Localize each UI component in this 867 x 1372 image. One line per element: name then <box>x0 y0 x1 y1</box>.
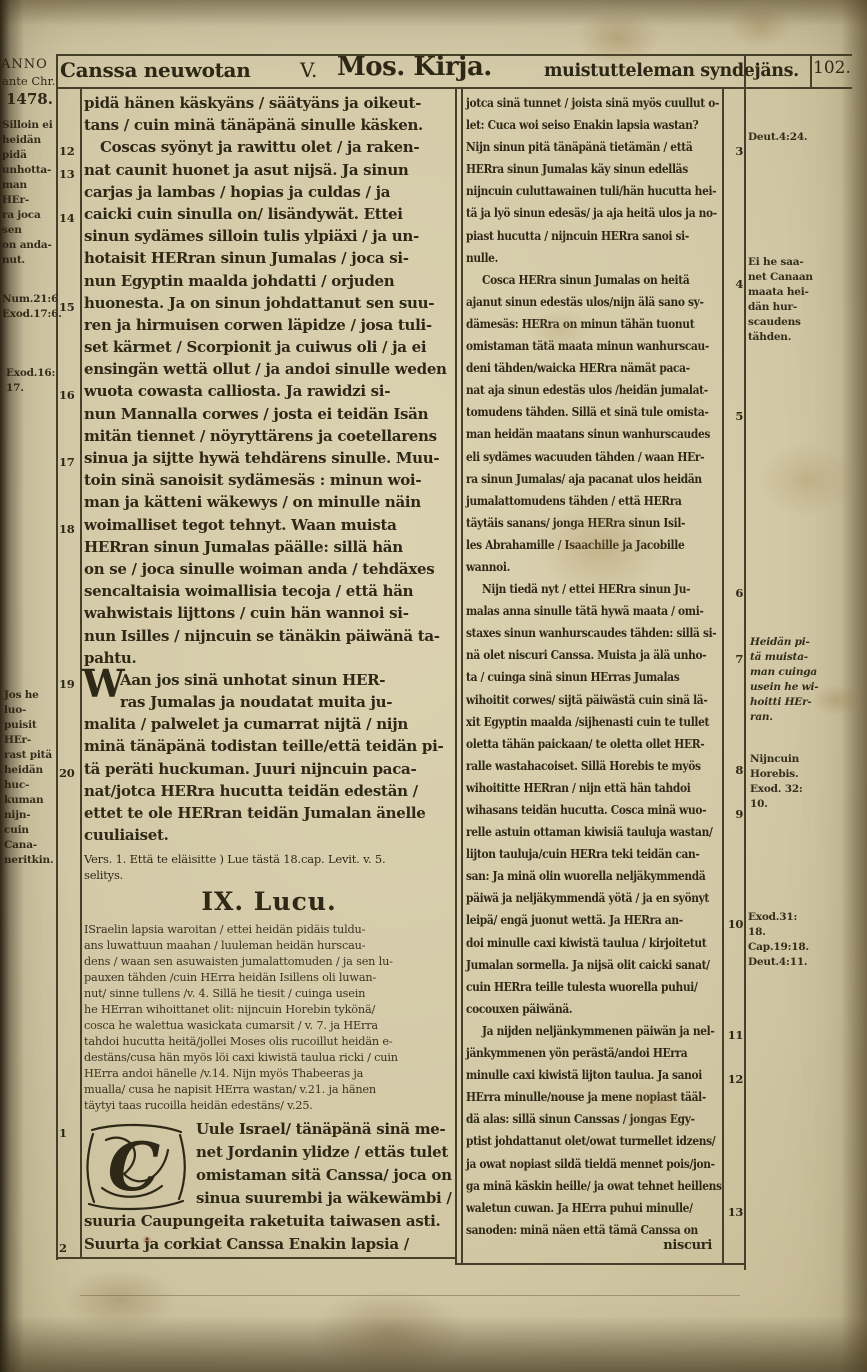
line-text: HERra sinun Jumalas käy sinun edelläs <box>466 158 688 180</box>
margin-note-luopuisit: Jos he luo- puisit HEr- rast pitä heidän… <box>4 688 58 868</box>
line-text: les Abrahamille / Isaachille ja Jacobill… <box>466 534 684 556</box>
body-line: nat/jotca HERra hucutta teidän edestän / <box>84 780 454 802</box>
body-line: nun Egyptin maalda johdatti / orjuden <box>84 270 454 292</box>
margin-ref-exod31: Exod.31: 18. Cap.19:18. Deut.4:11. <box>748 910 852 970</box>
body-line: malas anna sinulle tätä hywä maata / omi… <box>466 600 722 622</box>
body-line: relle astuin ottaman kiwisiä tauluja was… <box>466 821 722 843</box>
line-text: ralle wastahacoiset. Sillä Horebis te my… <box>466 755 701 777</box>
chapter-summary: ISraelin lapsia waroitan / ettei heidän … <box>84 922 454 1114</box>
line-text: wuota cowasta calliosta. Ja rawidzi si- <box>84 382 390 400</box>
rule-right-frame <box>744 54 746 1270</box>
body-line: cocouxen päiwänä. <box>466 998 722 1020</box>
body-line: les Abrahamille / Isaachille ja Jacobill… <box>466 534 722 556</box>
ante-chr-label: ante Chr. <box>2 74 55 88</box>
line-text: toin sinä sanoisit sydämesäs : minun woi… <box>84 471 421 489</box>
line-text: Nijn sinun pitä tänäpänä tietämän / että <box>466 136 692 158</box>
line-text: man ja kätteni wäkewys / on minulle näin <box>84 493 421 511</box>
verse-number: 16 <box>59 384 74 406</box>
anno-label: ANNO <box>1 57 48 72</box>
line-text: ra sinun Jumalas/ aja pacanat ulos heidä… <box>466 468 702 490</box>
line-text: wahwistais lijttons / cuin hän wannoi si… <box>84 604 409 622</box>
line-text: jumalattomudens tähden / että HERra <box>466 490 682 512</box>
body-line: 12Coscas syönyt ja rawittu olet / ja rak… <box>84 136 454 158</box>
line-text: täytäis sanans/ jonga HERra sinun Isil- <box>466 512 685 534</box>
body-line: 14caicki cuin sinulla on/ lisändywät. Et… <box>84 203 454 225</box>
verse-number: 14 <box>59 207 74 229</box>
line-text: Suurta ja corkiat Canssa Enakin lapsia / <box>84 1235 409 1253</box>
body-line: cuin HERra teille tulesta wuorella puhui… <box>466 976 722 998</box>
body-line: nun Isilles / nijncuin se tänäkin päiwän… <box>84 625 454 647</box>
body-line: 12minulle caxi kiwistä lijton taulua. Ja… <box>466 1064 722 1086</box>
line-text: Coscas syönyt ja rawittu olet / ja raken… <box>100 138 419 156</box>
margin-ref-num21: Num.21:6 Exod.17:6. <box>2 292 58 322</box>
body-line: deni tähden/waicka HERra nämät paca- <box>466 357 722 379</box>
verse-number: 11 <box>728 1024 743 1046</box>
verse-number: 2 <box>59 1237 67 1260</box>
summary-line: mualla/ cusa he napisit HErra wastan/ v.… <box>84 1082 454 1098</box>
gloss-line: selitys. <box>84 868 454 884</box>
line-text: malas anna sinulle tätä hywä maata / omi… <box>466 600 703 622</box>
page-number: 102. <box>813 58 851 78</box>
verse-number: 7 <box>735 648 743 670</box>
body-line: 2Suurta ja corkiat Canssa Enakin lapsia … <box>84 1233 454 1256</box>
line-text: let: Cuca woi seiso Enakin lapsia wastan… <box>466 114 698 136</box>
line-text: omistaman tätä maata minun wanhurscau- <box>466 335 709 357</box>
body-line: 4Cosca HERra sinun Jumalas on heitä <box>466 269 722 291</box>
line-text: oletta tähän paickaan/ te oletta ollet H… <box>466 733 704 755</box>
line-text: Jumalan sormella. Ja nijsä olit caicki s… <box>466 954 710 976</box>
line-text: nat aja sinun edestäs ulos /heidän jumal… <box>466 379 708 401</box>
summary-line: destäns/cusa hän myös löi caxi kiwistä t… <box>84 1050 454 1066</box>
body-line: cuuliaiset. <box>84 824 454 846</box>
body-line: net Jordanin ylidze / ettäs tulet <box>84 1141 454 1164</box>
line-text: nat caunit huonet ja asut nijsä. Ja sinu… <box>84 161 409 179</box>
body-line: 19WAan jos sinä unhotat sinun HER- <box>84 669 454 691</box>
body-line: HErra minulle/nouse ja mene nopiast tääl… <box>466 1086 722 1108</box>
summary-line: dens / waan sen asuwaisten jumalattomude… <box>84 954 454 970</box>
line-text: tä peräti huckuman. Juuri nijncuin paca- <box>84 760 416 778</box>
margin-note-canaan: Ei he saa- net Canaan maata hei- dän hur… <box>748 255 852 345</box>
line-text: HERran sinun Jumalas päälle: sillä hän <box>84 538 403 556</box>
line-text: wihoitit corwes/ sijtä päiwästä cuin sin… <box>466 689 707 711</box>
body-line: man heidän maatans sinun wanhurscaudes <box>466 423 722 445</box>
body-line: jumalattomudens tähden / että HERra <box>466 490 722 512</box>
body-line: nijncuin culuttawainen tuli/hän hucutta … <box>466 180 722 202</box>
line-text: nulle. <box>466 247 498 269</box>
body-line: pahtu. <box>84 647 454 669</box>
rule-pagenum-cell <box>810 54 812 88</box>
summary-line: ans luwattuun maahan / luuleman heidän h… <box>84 938 454 954</box>
body-line: Jumalan sormella. Ja nijsä olit caicki s… <box>466 954 722 976</box>
line-text: wihasans teidän hucutta. Cosca minä wuo- <box>466 799 706 821</box>
line-text: sinua suurembi ja wäkewämbi / <box>196 1189 452 1207</box>
verse-number: 12 <box>59 140 74 162</box>
line-text: piast hucutta / nijncuin HERra sanoi si- <box>466 225 689 247</box>
summary-line: HErra andoi hänelle /v.14. Nijn myös Tha… <box>84 1066 454 1082</box>
line-text: eli sydämes wacuuden tähden / waan HEr- <box>466 446 704 468</box>
body-line: 16wuota cowasta calliosta. Ja rawidzi si… <box>84 380 454 402</box>
running-title-left: Canssa neuwotan <box>60 58 250 82</box>
line-text: jotca sinä tunnet / joista sinä myös cuu… <box>466 92 719 114</box>
body-line: ren ja hirmuisen corwen läpidze / josa t… <box>84 314 454 336</box>
body-line: jänkymmenen yön perästä/andoi HErra <box>466 1042 722 1064</box>
body-line: ensingän wettä ollut / ja andoi sinulle … <box>84 358 454 380</box>
left-column-body: pidä hänen käskyäns / säätyäns ja oikeut… <box>84 92 454 846</box>
line-text: dä alas: sillä sinun Canssas / jongas Eg… <box>466 1108 695 1130</box>
book-title: Mos. Kirja. <box>337 52 492 82</box>
line-text: ja owat nopiast sildä tieldä mennet pois… <box>466 1153 715 1175</box>
body-line: malita / palwelet ja cumarrat nijtä / ni… <box>84 713 454 735</box>
verse-gloss: Vers. 1. Että te eläisitte ) Lue tästä 1… <box>84 852 454 883</box>
body-line: lijton tauluja/cuin HERra teki teidän ca… <box>466 843 722 865</box>
line-text: on se / joca sinulle woiman anda / tehdä… <box>84 560 434 578</box>
verse-number: 1 <box>59 1122 67 1145</box>
line-text: ga minä käskin heille/ ja owat tehnet he… <box>466 1175 722 1197</box>
body-line: jotca sinä tunnet / joista sinä myös cuu… <box>466 92 722 114</box>
verse-number: 9 <box>735 803 743 825</box>
line-text: ta / cuinga sinä sinun HErras Jumalas <box>466 666 679 688</box>
line-text: pidä hänen käskyäns / säätyäns ja oikeut… <box>84 94 421 112</box>
line-text: Ja nijden neljänkymmenen päiwän ja nel- <box>482 1020 714 1042</box>
line-text: set kärmet / Scorpionit ja cuiwus oli / … <box>84 338 426 356</box>
body-line: ga minä käskin heille/ ja owat tehnet he… <box>466 1175 722 1197</box>
line-text: malita / palwelet ja cumarrat nijtä / ni… <box>84 715 408 733</box>
verse-number: 17 <box>59 451 74 473</box>
line-text: ptist johdattanut olet/owat turmellet id… <box>466 1130 715 1152</box>
line-text: xit Egyptin maalda /sijhenasti cuin te t… <box>466 711 709 733</box>
rule-center-b <box>461 88 463 1264</box>
line-text: sinun sydämes silloin tulis ylpiäxi / ja… <box>84 227 419 245</box>
body-line: 20tä peräti huckuman. Juuri nijncuin pac… <box>84 758 454 780</box>
body-line: päiwä ja neljäkymmendä yötä / ja en syön… <box>466 887 722 909</box>
line-text: nun Egyptin maalda johdatti / orjuden <box>84 272 394 290</box>
body-line: oletta tähän paickaan/ te oletta ollet H… <box>466 733 722 755</box>
line-text: ren ja hirmuisen corwen läpidze / josa t… <box>84 316 432 334</box>
summary-line: täytyi taas rucoilla heidän edestäns/ v.… <box>84 1098 454 1114</box>
page-scan: Canssa neuwotan V. Mos. Kirja. muistutte… <box>0 0 867 1372</box>
verse-number: 10 <box>728 913 743 935</box>
line-text: jänkymmenen yön perästä/andoi HErra <box>466 1042 687 1064</box>
verse-number: 13 <box>59 163 74 185</box>
left-text-column: pidä hänen käskyäns / säätyäns ja oikeut… <box>84 92 454 1256</box>
verse-number: 8 <box>735 759 743 781</box>
gloss-line: Vers. 1. Että te eläisitte ) Lue tästä 1… <box>84 852 454 868</box>
body-line: 13nat caunit huonet ja asut nijsä. Ja si… <box>84 159 454 181</box>
body-line: ja owat nopiast sildä tieldä mennet pois… <box>466 1153 722 1175</box>
line-text: hotaisit HERran sinun Jumalas / joca si- <box>84 249 409 267</box>
rule-page-edge <box>80 1295 740 1296</box>
verse-number: 19 <box>59 673 74 695</box>
rule-bottom-left <box>56 1257 456 1259</box>
body-line: omistaman sitä Canssa/ joca on <box>84 1164 454 1187</box>
body-line: 11Ja nijden neljänkymmenen päiwän ja nel… <box>466 1020 722 1042</box>
body-line: ajanut sinun edestäs ulos/nijn älä sano … <box>466 291 722 313</box>
body-line: 17sinua ja sijtte hywä tehdärens sinulle… <box>84 447 454 469</box>
body-line: wihoititte HERran / nijn että hän tahdoi <box>466 777 722 799</box>
line-text: huonesta. Ja on sinun johdattanut sen su… <box>84 294 434 312</box>
rule-bottom-right <box>455 1263 745 1265</box>
summary-line: ISraelin lapsia waroitan / ettei heidän … <box>84 922 454 938</box>
body-line: sencaltaisia woimallisia tecoja / että h… <box>84 580 454 602</box>
body-line: 10leipä/ engä juonut wettä. Ja HERra an- <box>466 909 722 931</box>
body-line: piast hucutta / nijncuin HERra sanoi si- <box>466 225 722 247</box>
body-line: pidä hänen käskyäns / säätyäns ja oikeut… <box>84 92 454 114</box>
verse-number: 4 <box>735 273 743 295</box>
body-line: sinun sydämes silloin tulis ylpiäxi / ja… <box>84 225 454 247</box>
line-text: Cosca HERra sinun Jumalas on heitä <box>482 269 689 291</box>
body-line: wihoitit corwes/ sijtä päiwästä cuin sin… <box>466 689 722 711</box>
body-line: let: Cuca woi seiso Enakin lapsia wastan… <box>466 114 722 136</box>
line-text: mitän tiennet / nöyryttärens ja coetella… <box>84 427 437 445</box>
line-text: minä tänäpänä todistan teille/että teidä… <box>84 737 443 755</box>
body-line: ras Jumalas ja noudatat muita ju- <box>84 691 454 713</box>
line-text: minulle caxi kiwistä lijton taulua. Ja s… <box>466 1064 702 1086</box>
body-line: 3Nijn sinun pitä tänäpänä tietämän / ett… <box>466 136 722 158</box>
line-text: suuria Caupungeita raketuita taiwasen as… <box>84 1212 440 1230</box>
line-text: nä olet niscuri Canssa. Muista ja älä un… <box>466 644 706 666</box>
body-line: tä ja lyö sinun edesäs/ ja aja heitä ulo… <box>466 202 722 224</box>
body-line: hotaisit HERran sinun Jumalas / joca si- <box>84 247 454 269</box>
line-text: san: Ja minä olin wuorella neljäkymmendä <box>466 865 705 887</box>
body-line: 9wihasans teidän hucutta. Cosca minä wuo… <box>466 799 722 821</box>
body-line: 1Uule Israel/ tänäpänä sinä me- <box>84 1118 454 1141</box>
body-line: san: Ja minä olin wuorella neljäkymmendä <box>466 865 722 887</box>
body-line: nat aja sinun edestäs ulos /heidän jumal… <box>466 379 722 401</box>
line-text: cuuliaiset. <box>84 826 169 844</box>
line-text: ras Jumalas ja noudatat muita ju- <box>120 693 392 711</box>
body-line: xit Egyptin maalda /sijhenasti cuin te t… <box>466 711 722 733</box>
summary-line: he HErran wihoittanet olit: nijncuin Hor… <box>84 1002 454 1018</box>
body-line: suuria Caupungeita raketuita taiwasen as… <box>84 1210 454 1233</box>
chapter-heading: IX. Lucu. <box>84 885 454 919</box>
body-line: on se / joca sinulle woiman anda / tehdä… <box>84 558 454 580</box>
body-line: ta / cuinga sinä sinun HErras Jumalas <box>466 666 722 688</box>
margin-note-unhottaman: Silloin ei heidän pidä unhotta- man HEr-… <box>2 118 56 268</box>
anno-year: 1478. <box>6 90 53 108</box>
verse-number: 20 <box>59 762 74 784</box>
body-line: 6Nijn tiedä nyt / ettei HERra sinun Ju- <box>466 578 722 600</box>
line-text: wannoi. <box>466 556 510 578</box>
verse-number: 13 <box>728 1201 743 1223</box>
verse-number: 3 <box>735 140 743 162</box>
line-text: net Jordanin ylidze / ettäs tulet <box>196 1143 448 1161</box>
line-text: Uule Israel/ tänäpänä sinä me- <box>196 1120 445 1138</box>
body-line: sinua suurembi ja wäkewämbi / <box>84 1187 454 1210</box>
line-text: tans / cuin minä tänäpänä sinulle käsken… <box>84 116 423 134</box>
body-line: set kärmet / Scorpionit ja cuiwus oli / … <box>84 336 454 358</box>
body-line: minä tänäpänä todistan teille/että teidä… <box>84 735 454 757</box>
line-text: nun Mannalla corwes / josta ei teidän Is… <box>84 405 428 423</box>
margin-ref-deut424: Deut.4:24. <box>748 130 852 145</box>
line-text: ajanut sinun edestäs ulos/nijn älä sano … <box>466 291 704 313</box>
line-text: woimalliset tegot tehnyt. Waan muista <box>84 516 397 534</box>
line-text: tä ja lyö sinun edesäs/ ja aja heitä ulo… <box>466 202 717 224</box>
book-number: V. <box>300 58 317 82</box>
running-title-right: muistutteleman syndejäns. <box>544 61 799 81</box>
line-text: carjas ja lambas / hopias ja culdas / ja <box>84 183 390 201</box>
body-line: tans / cuin minä tänäpänä sinulle käsken… <box>84 114 454 136</box>
verse-number: 12 <box>728 1068 743 1090</box>
body-line: staxes sinun wanhurscaudes tähden: sillä… <box>466 622 722 644</box>
catchword: niscuri <box>540 1238 712 1253</box>
verse-number: 5 <box>735 405 743 427</box>
right-text-column: jotca sinä tunnet / joista sinä myös cuu… <box>466 92 722 1241</box>
line-text: doi minulle caxi kiwistä taulua / kirjoi… <box>466 932 706 954</box>
line-text: tomudens tähden. Sillä et sinä tule omis… <box>466 401 709 423</box>
margin-note-muistaman: Heidän pi- tä muista- man cuinga usein h… <box>750 635 854 725</box>
body-line: nulle. <box>466 247 722 269</box>
body-line: ettet te ole HERran teidän Jumalan änell… <box>84 802 454 824</box>
body-line: man ja kätteni wäkewys / on minulle näin <box>84 491 454 513</box>
line-text: staxes sinun wanhurscaudes tähden: sillä… <box>466 622 716 644</box>
rule-below-header <box>56 87 852 89</box>
body-line: mitän tiennet / nöyryttärens ja coetella… <box>84 425 454 447</box>
body-line: eli sydämes wacuuden tähden / waan HEr- <box>466 446 722 468</box>
body-line: wannoi. <box>466 556 722 578</box>
body-line: täytäis sanans/ jonga HERra sinun Isil- <box>466 512 722 534</box>
verse-one-lines: 1Uule Israel/ tänäpänä sinä me-net Jorda… <box>84 1118 454 1256</box>
rule-center-a <box>455 88 457 1264</box>
body-line: 5tomudens tähden. Sillä et sinä tule omi… <box>466 401 722 423</box>
verse-number: 15 <box>59 296 74 318</box>
line-text: caicki cuin sinulla on/ lisändywät. Ette… <box>84 205 403 223</box>
rule-left-frame <box>56 54 58 1260</box>
body-line: 15huonesta. Ja on sinun johdattanut sen … <box>84 292 454 314</box>
line-text: dämesäs: HERra on minun tähän tuonut <box>466 313 694 335</box>
body-line: doi minulle caxi kiwistä taulua / kirjoi… <box>466 932 722 954</box>
body-line: 7nä olet niscuri Canssa. Muista ja älä u… <box>466 644 722 666</box>
body-line: HERra sinun Jumalas käy sinun edelläs <box>466 158 722 180</box>
body-line: ptist johdattanut olet/owat turmellet id… <box>466 1130 722 1152</box>
line-text: cuin HERra teille tulesta wuorella puhui… <box>466 976 698 998</box>
body-line: HERran sinun Jumalas päälle: sillä hän <box>84 536 454 558</box>
verse-number: 18 <box>59 518 74 540</box>
verse-number: 6 <box>735 582 743 604</box>
body-line: nun Mannalla corwes / josta ei teidän Is… <box>84 403 454 425</box>
line-text: nun Isilles / nijncuin se tänäkin päiwän… <box>84 627 440 645</box>
line-text: päiwä ja neljäkymmendä yötä / ja en syön… <box>466 887 709 909</box>
line-text: leipä/ engä juonut wettä. Ja HERra an- <box>466 909 683 931</box>
summary-line: nut/ sinne tullens /v. 4. Sillä he tiesi… <box>84 986 454 1002</box>
line-text: nijncuin culuttawainen tuli/hän hucutta … <box>466 180 716 202</box>
line-text: wihoititte HERran / nijn että hän tahdoi <box>466 777 690 799</box>
body-line: 18woimalliset tegot tehnyt. Waan muista <box>84 514 454 536</box>
summary-line: tahdoi hucutta heitä/jollei Moses olis r… <box>84 1034 454 1050</box>
line-text: lijton tauluja/cuin HERra teki teidän ca… <box>466 843 699 865</box>
body-line: dä alas: sillä sinun Canssas / jongas Eg… <box>466 1108 722 1130</box>
body-line: ra sinun Jumalas/ aja pacanat ulos heidä… <box>466 468 722 490</box>
line-text: deni tähden/waicka HERra nämät paca- <box>466 357 690 379</box>
rule-right-gutter <box>722 88 724 1264</box>
summary-line: pauxen tähden /cuin HErra heidän Isillen… <box>84 970 454 986</box>
line-text: ettet te ole HERran teidän Jumalan änell… <box>84 804 426 822</box>
summary-line: cosca he walettua wasickata cumarsit / v… <box>84 1018 454 1034</box>
body-line: carjas ja lambas / hopias ja culdas / ja <box>84 181 454 203</box>
body-line: omistaman tätä maata minun wanhurscau- <box>466 335 722 357</box>
line-text: relle astuin ottaman kiwisiä tauluja was… <box>466 821 713 843</box>
body-line: dämesäs: HERra on minun tähän tuonut <box>466 313 722 335</box>
body-line: wahwistais lijttons / cuin hän wannoi si… <box>84 602 454 624</box>
line-text: sencaltaisia woimallisia tecoja / että h… <box>84 582 413 600</box>
verse-one-block: C 1Uule Israel/ tänäpänä sinä me-net Jor… <box>84 1118 454 1256</box>
line-text: Aan jos sinä unhotat sinun HER- <box>120 671 385 689</box>
line-text: ensingän wettä ollut / ja andoi sinulle … <box>84 360 447 378</box>
line-text: omistaman sitä Canssa/ joca on <box>196 1166 452 1184</box>
margin-note-horebis: Nijncuin Horebis. Exod. 32: 10. <box>750 752 854 812</box>
line-text: cocouxen päiwänä. <box>466 998 572 1020</box>
line-text: man heidän maatans sinun wanhurscaudes <box>466 423 710 445</box>
line-text: HErra minulle/nouse ja mene nopiast tääl… <box>466 1086 706 1108</box>
line-text: sinua ja sijtte hywä tehdärens sinulle. … <box>84 449 439 467</box>
body-line: 13waletun cuwan. Ja HErra puhui minulle/ <box>466 1197 722 1219</box>
body-line: 8ralle wastahacoiset. Sillä Horebis te m… <box>466 755 722 777</box>
line-text: waletun cuwan. Ja HErra puhui minulle/ <box>466 1197 693 1219</box>
line-text: nat/jotca HERra hucutta teidän edestän / <box>84 782 418 800</box>
body-line: toin sinä sanoisit sydämesäs : minun woi… <box>84 469 454 491</box>
margin-ref-exod16: Exod.16: 17. <box>6 366 58 396</box>
line-text: Nijn tiedä nyt / ettei HERra sinun Ju- <box>482 578 690 600</box>
